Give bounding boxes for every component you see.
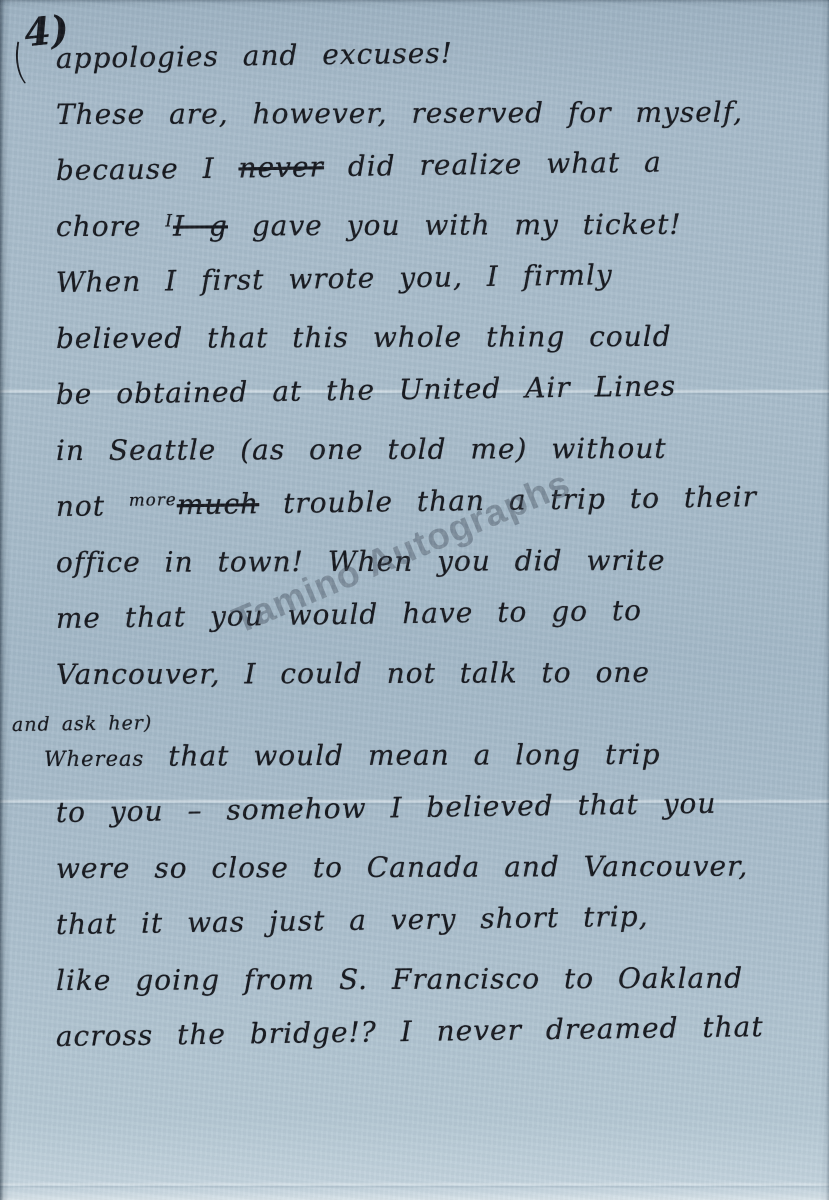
letter-text-segment: because I bbox=[56, 151, 239, 187]
letter-text-segment: did realize what a bbox=[324, 146, 662, 184]
letter-line: to you – somehow I believed that you bbox=[56, 785, 816, 852]
letter-text-segment: much bbox=[177, 487, 260, 521]
letter-scan-page: 4) appologies and excuses!These are, how… bbox=[0, 0, 829, 1200]
letter-text-segment: that would mean a long trip bbox=[144, 738, 660, 773]
fold-crease-bottom-edge bbox=[0, 1182, 829, 1188]
letter-text-segment: These are, however, reserved for myself, bbox=[56, 96, 743, 131]
letter-line: not moremuch trouble than a trip to thei… bbox=[56, 479, 816, 546]
letter-text-segment: in Seattle (as one told me) without bbox=[56, 432, 667, 467]
letter-text-segment: were so close to Canada and Vancouver, bbox=[56, 850, 748, 885]
letter-text-segment: and ask her) bbox=[12, 712, 153, 736]
letter-line: When I first wrote you, I firmly bbox=[56, 255, 816, 322]
letter-text-segment: Vancouver, I could not talk to one bbox=[56, 656, 650, 691]
letter-text-segment: not bbox=[56, 489, 130, 523]
letter-text-segment: more bbox=[129, 489, 177, 510]
letter-text-segment: appologies and excuses! bbox=[56, 36, 454, 75]
letter-line: because I never did realize what a bbox=[56, 143, 816, 210]
letter-text-segment: never bbox=[238, 150, 324, 184]
letter-text-segment: trouble than a trip to their bbox=[259, 480, 757, 520]
letter-text-segment: gave you with my ticket! bbox=[228, 208, 682, 243]
letter-text-segment: that it was just a very short trip, bbox=[56, 900, 649, 941]
letter-text-segment: Whereas bbox=[44, 747, 144, 771]
letter-text-segment: like going from S. Francisco to Oakland bbox=[56, 962, 743, 997]
letter-line: across the bridge!? I never dreamed that bbox=[56, 1009, 816, 1076]
letter-text-segment: me that you would have to go to bbox=[56, 594, 643, 635]
letter-line: me that you would have to go to bbox=[56, 591, 816, 658]
letter-line: that it was just a very short trip, bbox=[56, 897, 816, 964]
letter-text-segment: chore bbox=[56, 210, 166, 243]
letter-text-segment: I g bbox=[173, 209, 228, 242]
letter-body: appologies and excuses!These are, howeve… bbox=[56, 42, 815, 1076]
letter-text-segment: When I first wrote you, I firmly bbox=[56, 258, 613, 299]
letter-text-segment: believed that this whole thing could bbox=[56, 320, 672, 355]
letter-text-segment: I bbox=[165, 210, 173, 230]
letter-line: appologies and excuses! bbox=[56, 31, 816, 98]
letter-line: be obtained at the United Air Lines bbox=[56, 367, 816, 434]
letter-text-segment: office in town! When you did write bbox=[56, 544, 666, 579]
